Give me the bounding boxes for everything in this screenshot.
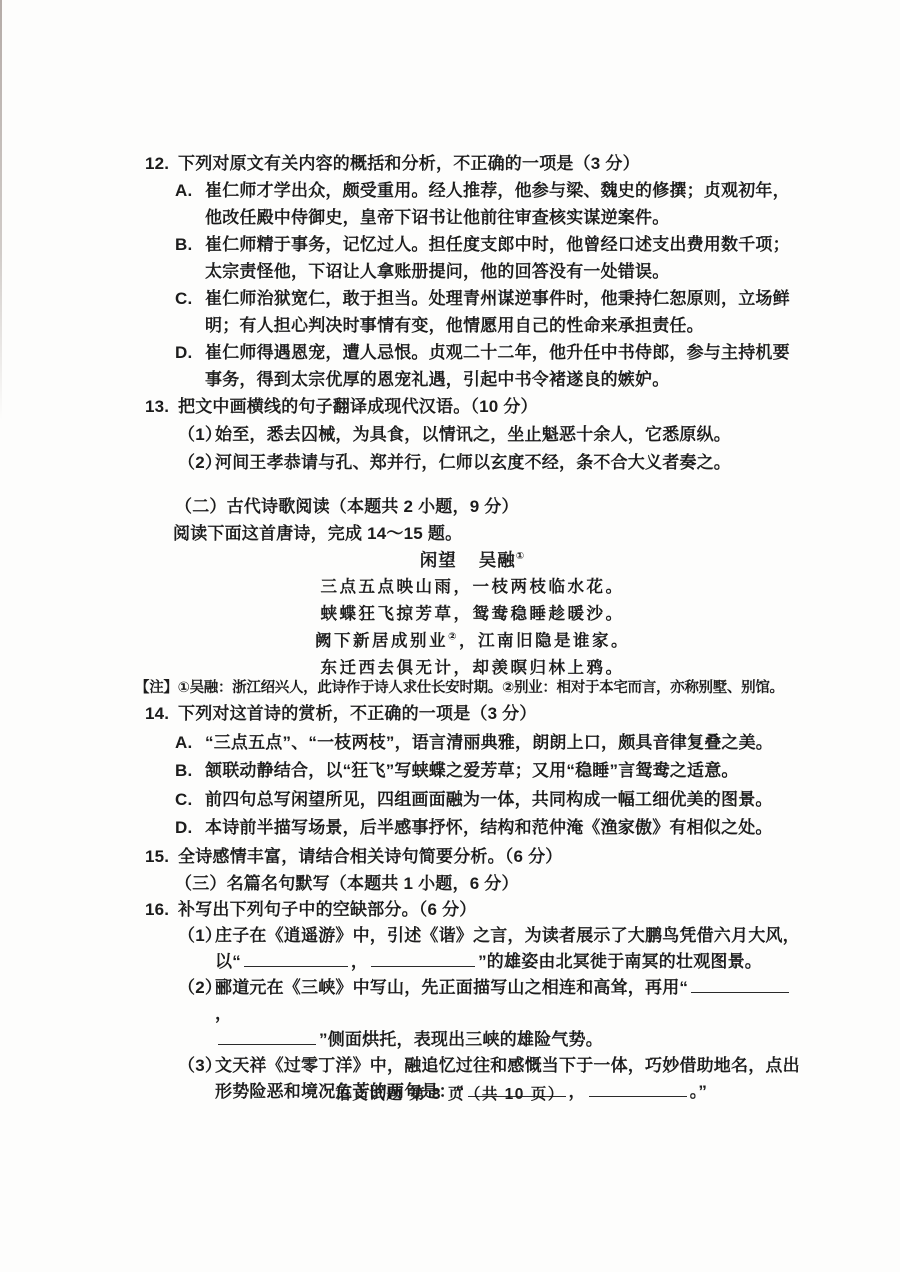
question-12-block: 12.下列对原文有关内容的概括和分析，不正确的一项是（3 分） A.崔仁师才学出…	[145, 150, 800, 393]
question-16-item-2-line-2: ”侧面烘托，表现出三峡的雄险气势。	[145, 1027, 800, 1053]
question-13-stem-row: 13.把文中画横线的句子翻译成现代汉语。（10 分）	[145, 393, 800, 421]
poem-footnote: 【注】①吴融：浙江绍兴人，此诗作于诗人求仕长安时期。②别业：相对于本宅而言，亦称…	[135, 676, 800, 700]
question-12-stem-row: 12.下列对原文有关内容的概括和分析，不正确的一项是（3 分）	[145, 150, 800, 177]
option-b-text: 颔联动静结合，以“狂飞”写蛱蝶之爱芳草；又用“稳睡”言鸳鸯之适意。	[205, 761, 739, 780]
question-13-block: 13.把文中画横线的句子翻译成现代汉语。（10 分） （1）始至，悉去囚械，为具…	[145, 393, 800, 477]
poem-line-3-rest: ，江南旧隐是谁家。	[459, 632, 630, 650]
option-b-label: B.	[175, 231, 205, 258]
poem-title: 闲望	[420, 550, 457, 570]
item-2-comma: ，	[215, 1004, 232, 1023]
question-16-number: 16.	[145, 897, 178, 923]
question-15-stem-row: 15.全诗感情丰富，请结合相关诗句简要分析。（6 分）	[145, 843, 800, 872]
question-16-item-1-line-1: （1）庄子在《逍遥游》中，引述《谐》之言，为读者展示了大鹏鸟凭借六月大风，	[145, 923, 800, 949]
item-1-label: （1）	[178, 421, 215, 449]
exam-page: 12.下列对原文有关内容的概括和分析，不正确的一项是（3 分） A.崔仁师才学出…	[0, 0, 900, 1272]
question-12-option-b: B.崔仁师精于事务，记忆过人。担任度支郎中时，他曾经口述支出费用数千项；太宗责怪…	[145, 231, 800, 285]
author-note-mark: ①	[516, 551, 525, 562]
question-14-option-c: C.前四句总写闲望所见，四组画面融为一体，共同构成一幅工细优美的图景。	[145, 786, 800, 815]
section-2-intro: 阅读下面这首唐诗，完成 14～15 题。	[145, 520, 800, 547]
item-3-text: 文天祥《过零丁洋》中，融追忆过往和感慨当下于一体，巧妙借助地名，点出	[215, 1056, 800, 1075]
option-d-label: D.	[175, 339, 205, 366]
option-b-label: B.	[175, 757, 205, 786]
poem-author: 吴融	[479, 550, 516, 570]
question-13-number: 13.	[145, 393, 178, 421]
item-2-label: （2）	[178, 975, 215, 1001]
question-15-number: 15.	[145, 843, 178, 872]
poem-title-row: 闲望吴融①	[145, 547, 800, 574]
poem-block: 闲望吴融① 三点五点映山雨，一枝两枝临水花。 蛱蝶狂飞掠芳草，鸳鸯稳睡趁暖沙。 …	[145, 547, 800, 682]
option-c-label: C.	[175, 786, 205, 815]
question-14-option-b: B.颔联动静结合，以“狂飞”写蛱蝶之爱芳草；又用“稳睡”言鸳鸯之适意。	[145, 757, 800, 786]
option-d-label: D.	[175, 814, 205, 843]
option-a-label: A.	[175, 177, 205, 204]
question-16-item-2-line-1: （2）郦道元在《三峡》中写山，先正面描写山之相连和高耸，再用“，	[145, 975, 800, 1027]
question-12-number: 12.	[145, 150, 178, 177]
answer-blank	[218, 1030, 316, 1045]
option-a-text: “三点五点”、“一枝两枝”，语言清丽典雅，朗朗上口，颇具音律复叠之美。	[205, 733, 773, 752]
question-15-stem: 全诗感情丰富，请结合相关诗句简要分析。（6 分）	[178, 847, 562, 866]
option-c-text: 前四句总写闲望所见，四组画面融为一体，共同构成一幅工细优美的图景。	[205, 790, 773, 809]
question-12-option-c: C.崔仁师治狱宽仁，敢于担当。处理青州谋逆事件时，他秉持仁恕原则，立场鲜明；有人…	[145, 285, 800, 339]
option-d-text: 本诗前半描写场景，后半感事抒怀，结构和范仲淹《渔家傲》有相似之处。	[205, 818, 773, 837]
item-1-pre: 以“	[215, 952, 241, 971]
item-1-text: 始至，悉去囚械，为具食，以情讯之，坐止魁恶十余人，它悉原纵。	[215, 425, 731, 444]
question-14-stem: 下列对这首诗的赏析，不正确的一项是（3 分）	[178, 704, 537, 723]
item-1-text: 庄子在《逍遥游》中，引述《谐》之言，为读者展示了大鹏鸟凭借六月大风，	[215, 926, 800, 945]
question-12-option-a: A.崔仁师才学出众，颇受重用。经人推荐，他参与梁、魏史的修撰；贞观初年，他改任殿…	[145, 177, 800, 231]
scan-edge-artifact	[0, 0, 2, 420]
item-2-post: ”侧面烘托，表现出三峡的雄险气势。	[319, 1030, 603, 1049]
section-3-heading: （三）名篇名句默写（本题共 1 小题，6 分）	[145, 871, 800, 897]
answer-blank	[244, 952, 348, 967]
answer-blank	[371, 952, 475, 967]
option-c-label: C.	[175, 285, 205, 312]
option-c-text: 崔仁师治狱宽仁，敢于担当。处理青州谋逆事件时，他秉持仁恕原则，立场鲜明；有人担心…	[205, 289, 790, 335]
item-2-label: （2）	[178, 449, 215, 477]
line-3-note-mark: ②	[448, 632, 459, 643]
question-14-block: 14.下列对这首诗的赏析，不正确的一项是（3 分） A.“三点五点”、“一枝两枝…	[145, 700, 800, 871]
question-13-item-1: （1）始至，悉去囚械，为具食，以情讯之，坐止魁恶十余人，它悉原纵。	[145, 421, 800, 449]
item-1-mid: ，	[351, 952, 368, 971]
question-13-item-2: （2）河间王孝恭请与孔、郑并行，仁师以玄度不经，条不合大义者奏之。	[145, 449, 800, 477]
poem-line-2: 蛱蝶狂飞掠芳草，鸳鸯稳睡趁暖沙。	[145, 601, 800, 628]
page-footer: 语文试题 第 8 页（共 10 页）	[0, 1082, 900, 1104]
option-a-text: 崔仁师才学出众，颇受重用。经人推荐，他参与梁、魏史的修撰；贞观初年，他改任殿中侍…	[205, 181, 790, 227]
question-12-stem: 下列对原文有关内容的概括和分析，不正确的一项是（3 分）	[178, 154, 640, 173]
question-14-option-d: D.本诗前半描写场景，后半感事抒怀，结构和范仲淹《渔家傲》有相似之处。	[145, 814, 800, 843]
section-2-heading: （二）古代诗歌阅读（本题共 2 小题，9 分）	[145, 493, 800, 520]
question-16-item-1-line-2: 以“，”的雄姿由北冥徙于南冥的壮观图景。	[145, 949, 800, 975]
question-12-option-d: D.崔仁师得遇恩宠，遭人忌恨。贞观二十二年，他升任中书侍郎，参与主持机要事务，得…	[145, 339, 800, 393]
option-d-text: 崔仁师得遇恩宠，遭人忌恨。贞观二十二年，他升任中书侍郎，参与主持机要事务，得到太…	[205, 343, 790, 389]
option-b-text: 崔仁师精于事务，记忆过人。担任度支郎中时，他曾经口述支出费用数千项；太宗责怪他，…	[205, 235, 790, 281]
poem-line-3-text: 阙下新居成别业	[315, 632, 448, 650]
item-2-text: 河间王孝恭请与孔、郑并行，仁师以玄度不经，条不合大义者奏之。	[215, 453, 731, 472]
question-16-stem: 补写出下列句子中的空缺部分。（6 分）	[178, 900, 476, 919]
question-14-stem-row: 14.下列对这首诗的赏析，不正确的一项是（3 分）	[145, 700, 800, 729]
item-1-label: （1）	[178, 923, 215, 949]
item-1-post: ”的雄姿由北冥徙于南冥的壮观图景。	[478, 952, 762, 971]
option-a-label: A.	[175, 729, 205, 758]
question-14-number: 14.	[145, 700, 178, 729]
answer-blank	[691, 978, 789, 993]
question-14-option-a: A.“三点五点”、“一枝两枝”，语言清丽典雅，朗朗上口，颇具音律复叠之美。	[145, 729, 800, 758]
exam-content: 12.下列对原文有关内容的概括和分析，不正确的一项是（3 分） A.崔仁师才学出…	[145, 150, 800, 1105]
poem-line-3: 阙下新居成别业②，江南旧隐是谁家。	[145, 628, 800, 655]
question-16-block: （三）名篇名句默写（本题共 1 小题，6 分） 16.补写出下列句子中的空缺部分…	[145, 871, 800, 1105]
question-13-stem: 把文中画横线的句子翻译成现代汉语。（10 分）	[178, 397, 538, 416]
question-16-stem-row: 16.补写出下列句子中的空缺部分。（6 分）	[145, 897, 800, 923]
question-16-item-3-line-1: （3）文天祥《过零丁洋》中，融追忆过往和感慨当下于一体，巧妙借助地名，点出	[145, 1053, 800, 1079]
item-2-text: 郦道元在《三峡》中写山，先正面描写山之相连和高耸，再用“	[215, 978, 688, 997]
poem-line-1: 三点五点映山雨，一枝两枝临水花。	[145, 574, 800, 601]
item-3-label: （3）	[178, 1053, 215, 1079]
